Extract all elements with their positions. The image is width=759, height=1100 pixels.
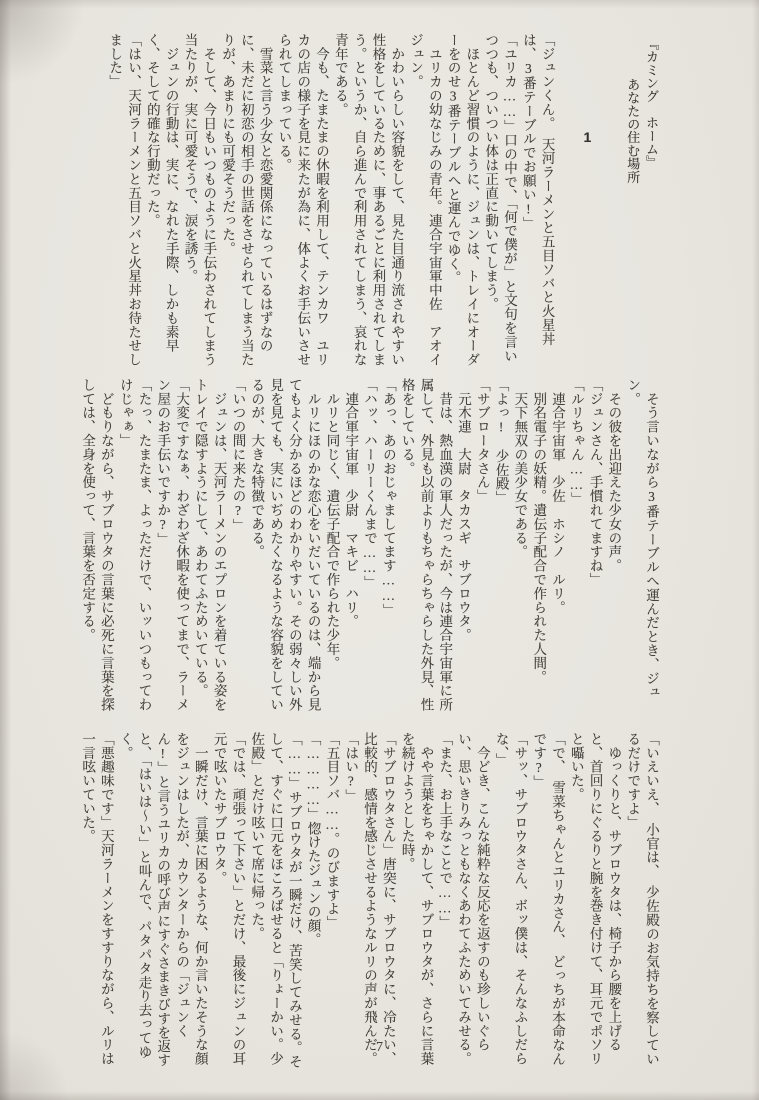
paragraph: 「よっ! 少佐殿」: [491, 378, 510, 716]
paragraph: 昔は、熱血漢の軍人だったが、今は連合宇宙軍に所属して、外見も以前よりもちゃらちゃ…: [397, 378, 453, 716]
paragraph: 「では、頑張って下さい」とだけ、最後にジュンの耳元で呟いたサブロウタ。: [209, 732, 247, 1070]
paragraph: 「ルリちゃん……」: [566, 378, 585, 716]
text-band-bottom: 「いえいえ、 小官は、 少佐殿のお気持ちを察しているだけですよ」 ゆっくりと、サ…: [77, 732, 660, 1070]
paragraph: そう言いながら3番テーブルへ運んだとき、ジュン。: [622, 378, 660, 716]
paragraph: 連合宇宙軍 少佐 ホシノ ルリ。: [547, 378, 566, 716]
paragraph: ルリと同じく、遺伝子配合で作られた少年。: [322, 378, 341, 716]
paragraph: 「……」サブロウタが一瞬だけ、苦笑してみせる。そして、すぐに口元をほころばせると…: [246, 732, 302, 1070]
paragraph: 連合軍宇宙軍 少尉 マキビ ハリ。: [340, 378, 359, 716]
paragraph: 「で、 雪菜ちゃんとユリカさん、 どっちが本命なんです?」: [528, 732, 566, 1070]
paragraph: 今も、たまたまの休暇を利用して、テンカワ ユリカの店の様子を見に来たが為に、体よ…: [274, 33, 330, 369]
page-number: 7: [376, 1040, 383, 1056]
paragraph: ユリカの幼なじみの青年。連合宇宙軍中佐 アオイジュン。: [405, 33, 443, 369]
paragraph: 今どき、こんな純粋な反応を返すのも珍しいぐらい、思いきりみっともなくあわてふため…: [453, 732, 491, 1070]
paragraph: 天下無双の美少女である。: [510, 378, 529, 716]
paragraph: 「サブロウタさん」唐突に、サブロウタに、冷たい、比較的、感情を感じさせるようなル…: [359, 732, 397, 1070]
story-title: 『カミング ホーム』: [641, 33, 660, 369]
text-columns-middle: そう言いながら3番テーブルへ運んだとき、ジュン。 その彼を出迎えた少女の声。「ジ…: [77, 378, 660, 716]
paragraph: ゆっくりと、サブロウタは、椅子から腰を上げると、首回りにぐるりと腕を巻き付けて、…: [566, 732, 622, 1070]
text-band-middle: そう言いながら3番テーブルへ運んだとき、ジュン。 その彼を出迎えた少女の声。「ジ…: [77, 378, 660, 716]
scanned-novel-page: 『カミング ホーム』 あなたの住む場所 1 「ジュンくん。 天河ラーメンと五目ソ…: [0, 0, 759, 1100]
paragraph: 「あっ、あのおじゃましてます……」: [378, 378, 397, 716]
paragraph: 「サブロータさん」: [472, 378, 491, 716]
story-subtitle: あなたの住む場所: [622, 33, 641, 369]
paragraph: 「悪趣味です」天河ラーメンをすすりながら、ルリは一言呟いていた。: [77, 732, 115, 1070]
paragraph: ほとんど習慣のように、ジュンは、トレイにオーダーをのせ3番テーブルへと運んでゆく…: [443, 33, 481, 369]
paragraph: 一瞬だけ、言葉に困るような、何か言いたそうな顔をジュンはしたが、カウンターからの…: [115, 732, 209, 1070]
text-band-top: 『カミング ホーム』 あなたの住む場所 1 「ジュンくん。 天河ラーメンと五目ソ…: [104, 33, 660, 369]
paragraph: 「サッ、サブロウタさん、ボッ僕は、そんなふしだらな、」: [491, 732, 529, 1070]
paragraph: 「いえいえ、 小官は、 少佐殿のお気持ちを察しているだけですよ」: [622, 732, 660, 1070]
paragraph: 「ユリカ……」口の中で、「何で僕が」と文句を言いつつも、ついつい体は正直に動いて…: [480, 33, 518, 369]
paragraph: そして、今日もいつものように手伝わされてしまう当たりが、実に可愛そうで、涙を誘う…: [180, 33, 218, 369]
paragraph: ジュンは、天河ラーメンのエプロンを着ている姿をトレイで隠すようにして、あわてふた…: [190, 378, 228, 716]
paragraph: 元木連 大尉 タカスギ サブロウタ。: [453, 378, 472, 716]
paragraph: ルリにほのかな恋心をいだいているのは、端から見てもよく分かるほどのわかりやすい。…: [246, 378, 321, 716]
paragraph: 「ジュンさん、手慣れてますね」: [585, 378, 604, 716]
chapter-number: 1: [578, 33, 597, 369]
paragraph: 「たっ、たまたま、よっただけで、いッいつもってわけじゃぁ」: [115, 378, 153, 716]
paragraph: ジュンの行動は、実に、なれた手際、しかも素早く、そして的確な行動だった。: [142, 33, 180, 369]
paragraph: 「ジュンくん。 天河ラーメンと五目ソバと火星丼は、3番テーブルでお願い!」: [518, 33, 556, 369]
text-columns-top: 「ジュンくん。 天河ラーメンと五目ソバと火星丼は、3番テーブルでお願い!」「ユリ…: [104, 33, 555, 369]
paragraph: その彼を出迎えた少女の声。: [604, 378, 623, 716]
paragraph: 「大変ですなぁ、わざわざ休暇を使ってまで、ラーメン屋のお手伝いですか?」: [152, 378, 190, 716]
paragraph: 「はい、天河ラーメンと五目ソバと火星丼お待たせしました」: [104, 33, 142, 369]
paragraph: 「はい?」: [340, 732, 359, 1070]
text-columns-bottom: 「いえいえ、 小官は、 少佐殿のお気持ちを察しているだけですよ」 ゆっくりと、サ…: [77, 732, 660, 1070]
paragraph: 「五目ソバ……。のびますよ」: [322, 732, 341, 1070]
paragraph: 「ハッ、ハーリーくんまで……」: [359, 378, 378, 716]
paragraph: 「…………」惚けたジュンの顔。: [303, 732, 322, 1070]
paragraph: やや言葉をちゃかして、サブロウタが、さらに言葉を続けようとした時。: [397, 732, 435, 1070]
paragraph: どもりながら、サブロウタの言葉に必死に言葉を探しては、全身を使って、言葉を否定す…: [77, 378, 115, 716]
paragraph: 雪菜と言う少女と恋愛関係になっているはずなのに、未だに初恋の相手の世話をさせられ…: [217, 33, 273, 369]
paragraph: 「また、お上手なことで……」: [434, 732, 453, 1070]
paragraph: 「いつの間に来たの?」: [228, 378, 247, 716]
paragraph: かわいらしい容貌をして、見た目通り流されやすい性格をしているために、事あるごとに…: [330, 33, 405, 369]
paragraph: 別名電子の妖精。遺伝子配合で作られた人間。: [528, 378, 547, 716]
